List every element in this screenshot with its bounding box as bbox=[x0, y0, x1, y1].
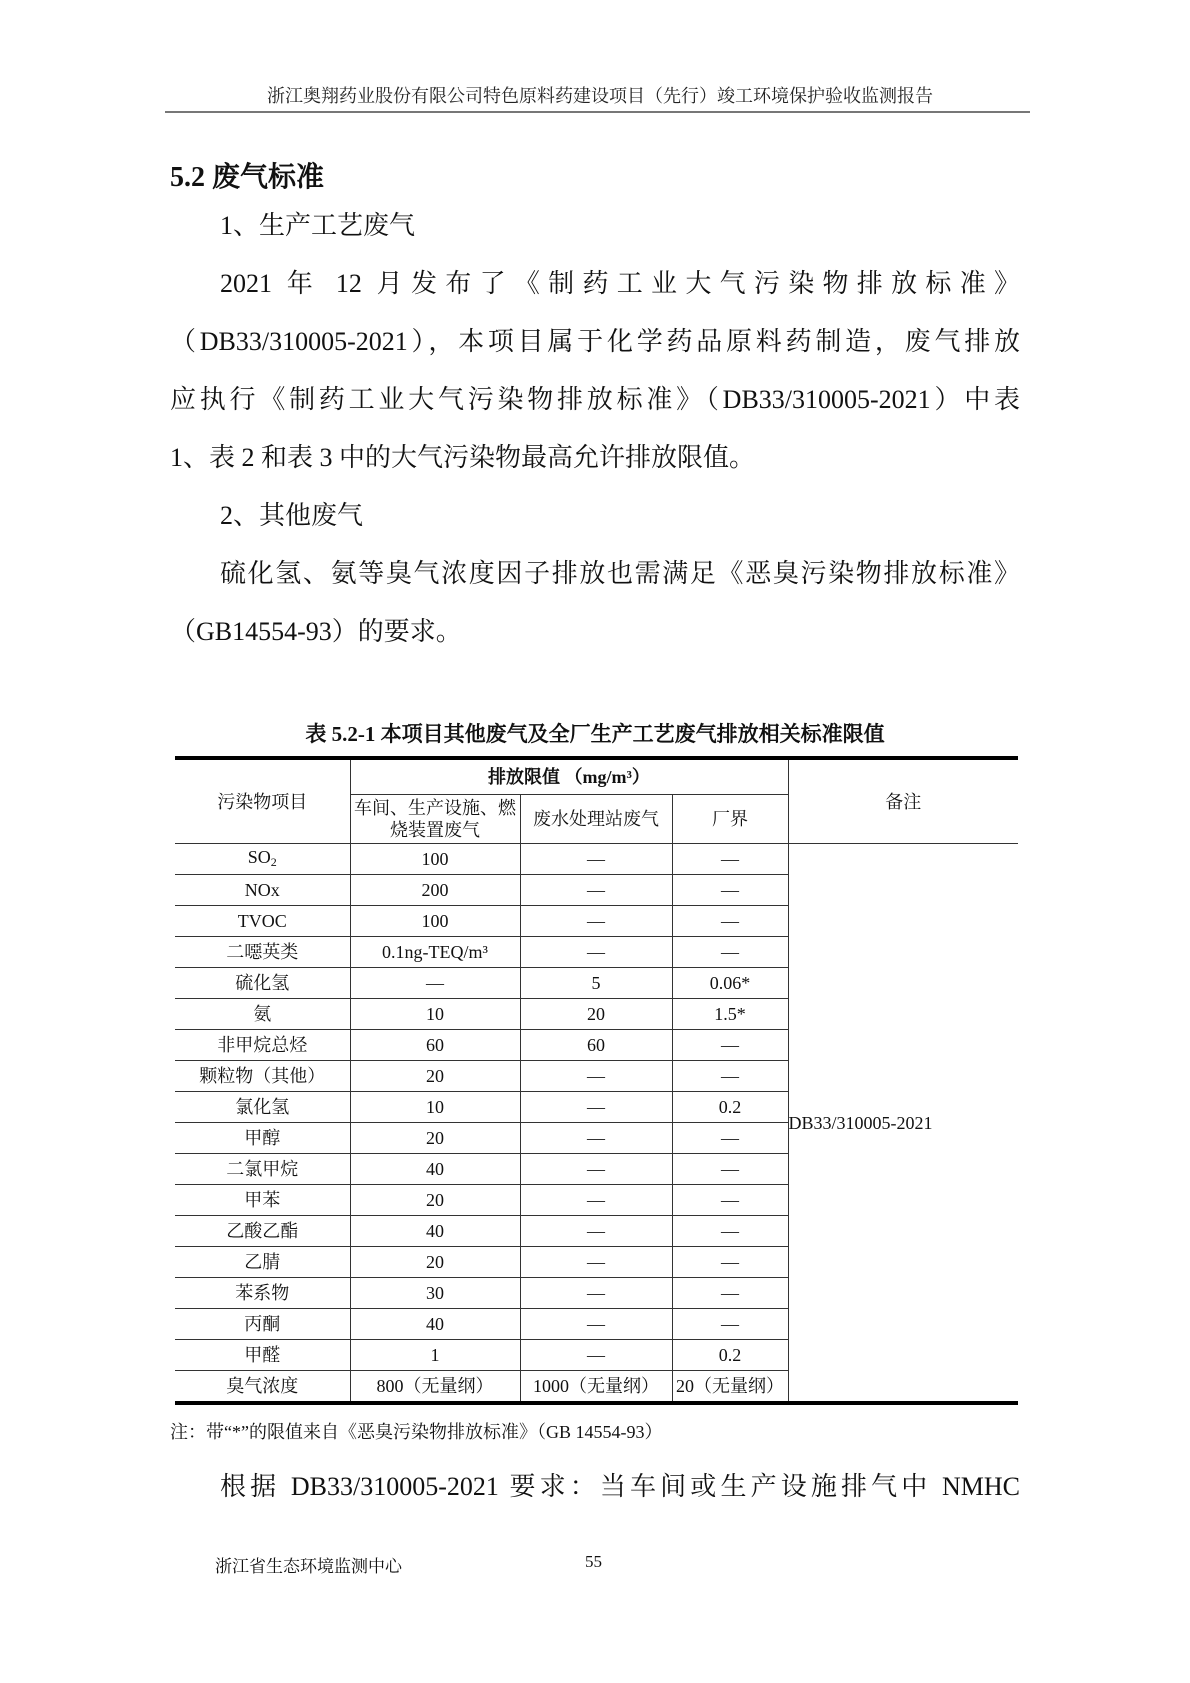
cell-wastewater: — bbox=[520, 1247, 672, 1278]
cell-pollutant: 臭气浓度 bbox=[175, 1371, 350, 1404]
header-remark: 备注 bbox=[788, 758, 1018, 844]
cell-boundary: — bbox=[672, 1123, 788, 1154]
cell-boundary: 1.5* bbox=[672, 999, 788, 1030]
cell-boundary: 0.2 bbox=[672, 1340, 788, 1371]
cell-workshop: 100 bbox=[350, 906, 520, 937]
cell-workshop: 10 bbox=[350, 999, 520, 1030]
cell-boundary: — bbox=[672, 875, 788, 906]
table-body: SO2100——DB33/310005-2021NOx200——TVOC100—… bbox=[175, 844, 1018, 1404]
cell-pollutant: 二氯甲烷 bbox=[175, 1154, 350, 1185]
cell-workshop: 10 bbox=[350, 1092, 520, 1123]
emission-standards-table: 污染物项目 排放限值 （mg/m³） 备注 车间、生产设施、燃烧装置废气 废水处… bbox=[175, 756, 1018, 1405]
cell-pollutant: NOx bbox=[175, 875, 350, 906]
cell-pollutant: 乙酸乙酯 bbox=[175, 1216, 350, 1247]
running-header: 浙江奥翔药业股份有限公司特色原料药建设项目（先行）竣工环境保护验收监测报告 bbox=[160, 82, 1040, 108]
paragraph-line: （GB14554-93）的要求。 bbox=[170, 611, 1020, 648]
paragraph-line: 硫化氢、氨等臭气浓度因子排放也需满足《恶臭污染物排放标准》 bbox=[220, 553, 1020, 590]
table-caption: 表 5.2-1 本项目其他废气及全厂生产工艺废气排放相关标准限值 bbox=[170, 718, 1020, 748]
cell-pollutant: 丙酮 bbox=[175, 1309, 350, 1340]
cell-boundary: 0.2 bbox=[672, 1092, 788, 1123]
header-pollutant: 污染物项目 bbox=[175, 758, 350, 844]
subsection-heading-1: 1、生产工艺废气 bbox=[220, 205, 1070, 242]
cell-boundary: — bbox=[672, 1216, 788, 1247]
cell-boundary: — bbox=[672, 1309, 788, 1340]
cell-boundary: — bbox=[672, 906, 788, 937]
cell-pollutant: 乙腈 bbox=[175, 1247, 350, 1278]
header-workshop: 车间、生产设施、燃烧装置废气 bbox=[350, 795, 520, 844]
cell-boundary: — bbox=[672, 1247, 788, 1278]
subsection-heading-2: 2、其他废气 bbox=[220, 495, 1070, 532]
cell-wastewater: — bbox=[520, 875, 672, 906]
cell-workshop: 1 bbox=[350, 1340, 520, 1371]
cell-pollutant: 颗粒物（其他） bbox=[175, 1061, 350, 1092]
cell-wastewater: — bbox=[520, 1061, 672, 1092]
cell-wastewater: — bbox=[520, 1278, 672, 1309]
cell-workshop: 800（无量纲） bbox=[350, 1371, 520, 1404]
cell-wastewater: 20 bbox=[520, 999, 672, 1030]
page-number: 55 bbox=[585, 1552, 602, 1572]
cell-pollutant: 甲苯 bbox=[175, 1185, 350, 1216]
table-note: 注：带“*”的限值来自《恶臭污染物排放标准》（GB 14554-93） bbox=[170, 1418, 662, 1444]
section-title: 5.2 废气标准 bbox=[170, 155, 324, 195]
cell-workshop: 40 bbox=[350, 1309, 520, 1340]
cell-workshop: 40 bbox=[350, 1216, 520, 1247]
cell-workshop: 0.1ng-TEQ/m³ bbox=[350, 937, 520, 968]
paragraph-line: 1、表 2 和表 3 中的大气污染物最高允许排放限值。 bbox=[170, 437, 1020, 474]
cell-wastewater: — bbox=[520, 1185, 672, 1216]
cell-pollutant: 苯系物 bbox=[175, 1278, 350, 1309]
cell-boundary: — bbox=[672, 1154, 788, 1185]
cell-wastewater: — bbox=[520, 1092, 672, 1123]
header-wastewater: 废水处理站废气 bbox=[520, 795, 672, 844]
cell-workshop: — bbox=[350, 968, 520, 999]
cell-pollutant: 氨 bbox=[175, 999, 350, 1030]
footer-organization: 浙江省生态环境监测中心 bbox=[215, 1552, 402, 1577]
cell-pollutant: 非甲烷总烃 bbox=[175, 1030, 350, 1061]
cell-boundary: 20（无量纲） bbox=[672, 1371, 788, 1404]
cell-workshop: 60 bbox=[350, 1030, 520, 1061]
cell-wastewater: — bbox=[520, 844, 672, 875]
paragraph-line: 应执行《制药工业大气污染物排放标准》（DB33/310005-2021）中表 bbox=[170, 379, 1020, 416]
cell-wastewater: 60 bbox=[520, 1030, 672, 1061]
cell-workshop: 20 bbox=[350, 1123, 520, 1154]
cell-pollutant: 二噁英类 bbox=[175, 937, 350, 968]
cell-boundary: — bbox=[672, 1185, 788, 1216]
cell-remark: DB33/310005-2021 bbox=[788, 844, 1018, 1404]
cell-boundary: — bbox=[672, 937, 788, 968]
cell-boundary: — bbox=[672, 1278, 788, 1309]
cell-boundary: — bbox=[672, 844, 788, 875]
header-boundary: 厂界 bbox=[672, 795, 788, 844]
cell-wastewater: — bbox=[520, 937, 672, 968]
cell-boundary: 0.06* bbox=[672, 968, 788, 999]
cell-wastewater: 5 bbox=[520, 968, 672, 999]
cell-workshop: 100 bbox=[350, 844, 520, 875]
cell-boundary: — bbox=[672, 1061, 788, 1092]
cell-wastewater: — bbox=[520, 1309, 672, 1340]
header-limit-group: 排放限值 （mg/m³） bbox=[350, 758, 788, 795]
cell-pollutant: 硫化氢 bbox=[175, 968, 350, 999]
cell-workshop: 20 bbox=[350, 1061, 520, 1092]
cell-pollutant: 甲醇 bbox=[175, 1123, 350, 1154]
cell-pollutant: 氯化氢 bbox=[175, 1092, 350, 1123]
cell-pollutant: SO2 bbox=[175, 844, 350, 875]
cell-workshop: 40 bbox=[350, 1154, 520, 1185]
cell-wastewater: — bbox=[520, 1340, 672, 1371]
cell-wastewater: — bbox=[520, 906, 672, 937]
cell-workshop: 30 bbox=[350, 1278, 520, 1309]
cell-workshop: 20 bbox=[350, 1185, 520, 1216]
cell-pollutant: 甲醛 bbox=[175, 1340, 350, 1371]
cell-pollutant: TVOC bbox=[175, 906, 350, 937]
cell-wastewater: — bbox=[520, 1216, 672, 1247]
cell-wastewater: 1000（无量纲） bbox=[520, 1371, 672, 1404]
header-divider bbox=[165, 111, 1030, 113]
cell-boundary: — bbox=[672, 1030, 788, 1061]
cell-workshop: 20 bbox=[350, 1247, 520, 1278]
paragraph-line: （DB33/310005-2021），本项目属于化学药品原料药制造，废气排放 bbox=[170, 321, 1020, 358]
cell-wastewater: — bbox=[520, 1154, 672, 1185]
cell-workshop: 200 bbox=[350, 875, 520, 906]
closing-paragraph-line: 根据 DB33/310005-2021 要求：当车间或生产设施排气中 NMHC bbox=[220, 1466, 1020, 1503]
table-row: SO2100——DB33/310005-2021 bbox=[175, 844, 1018, 875]
cell-wastewater: — bbox=[520, 1123, 672, 1154]
paragraph-line: 2021 年 12 月发布了《制药工业大气污染物排放标准》 bbox=[220, 263, 1020, 300]
